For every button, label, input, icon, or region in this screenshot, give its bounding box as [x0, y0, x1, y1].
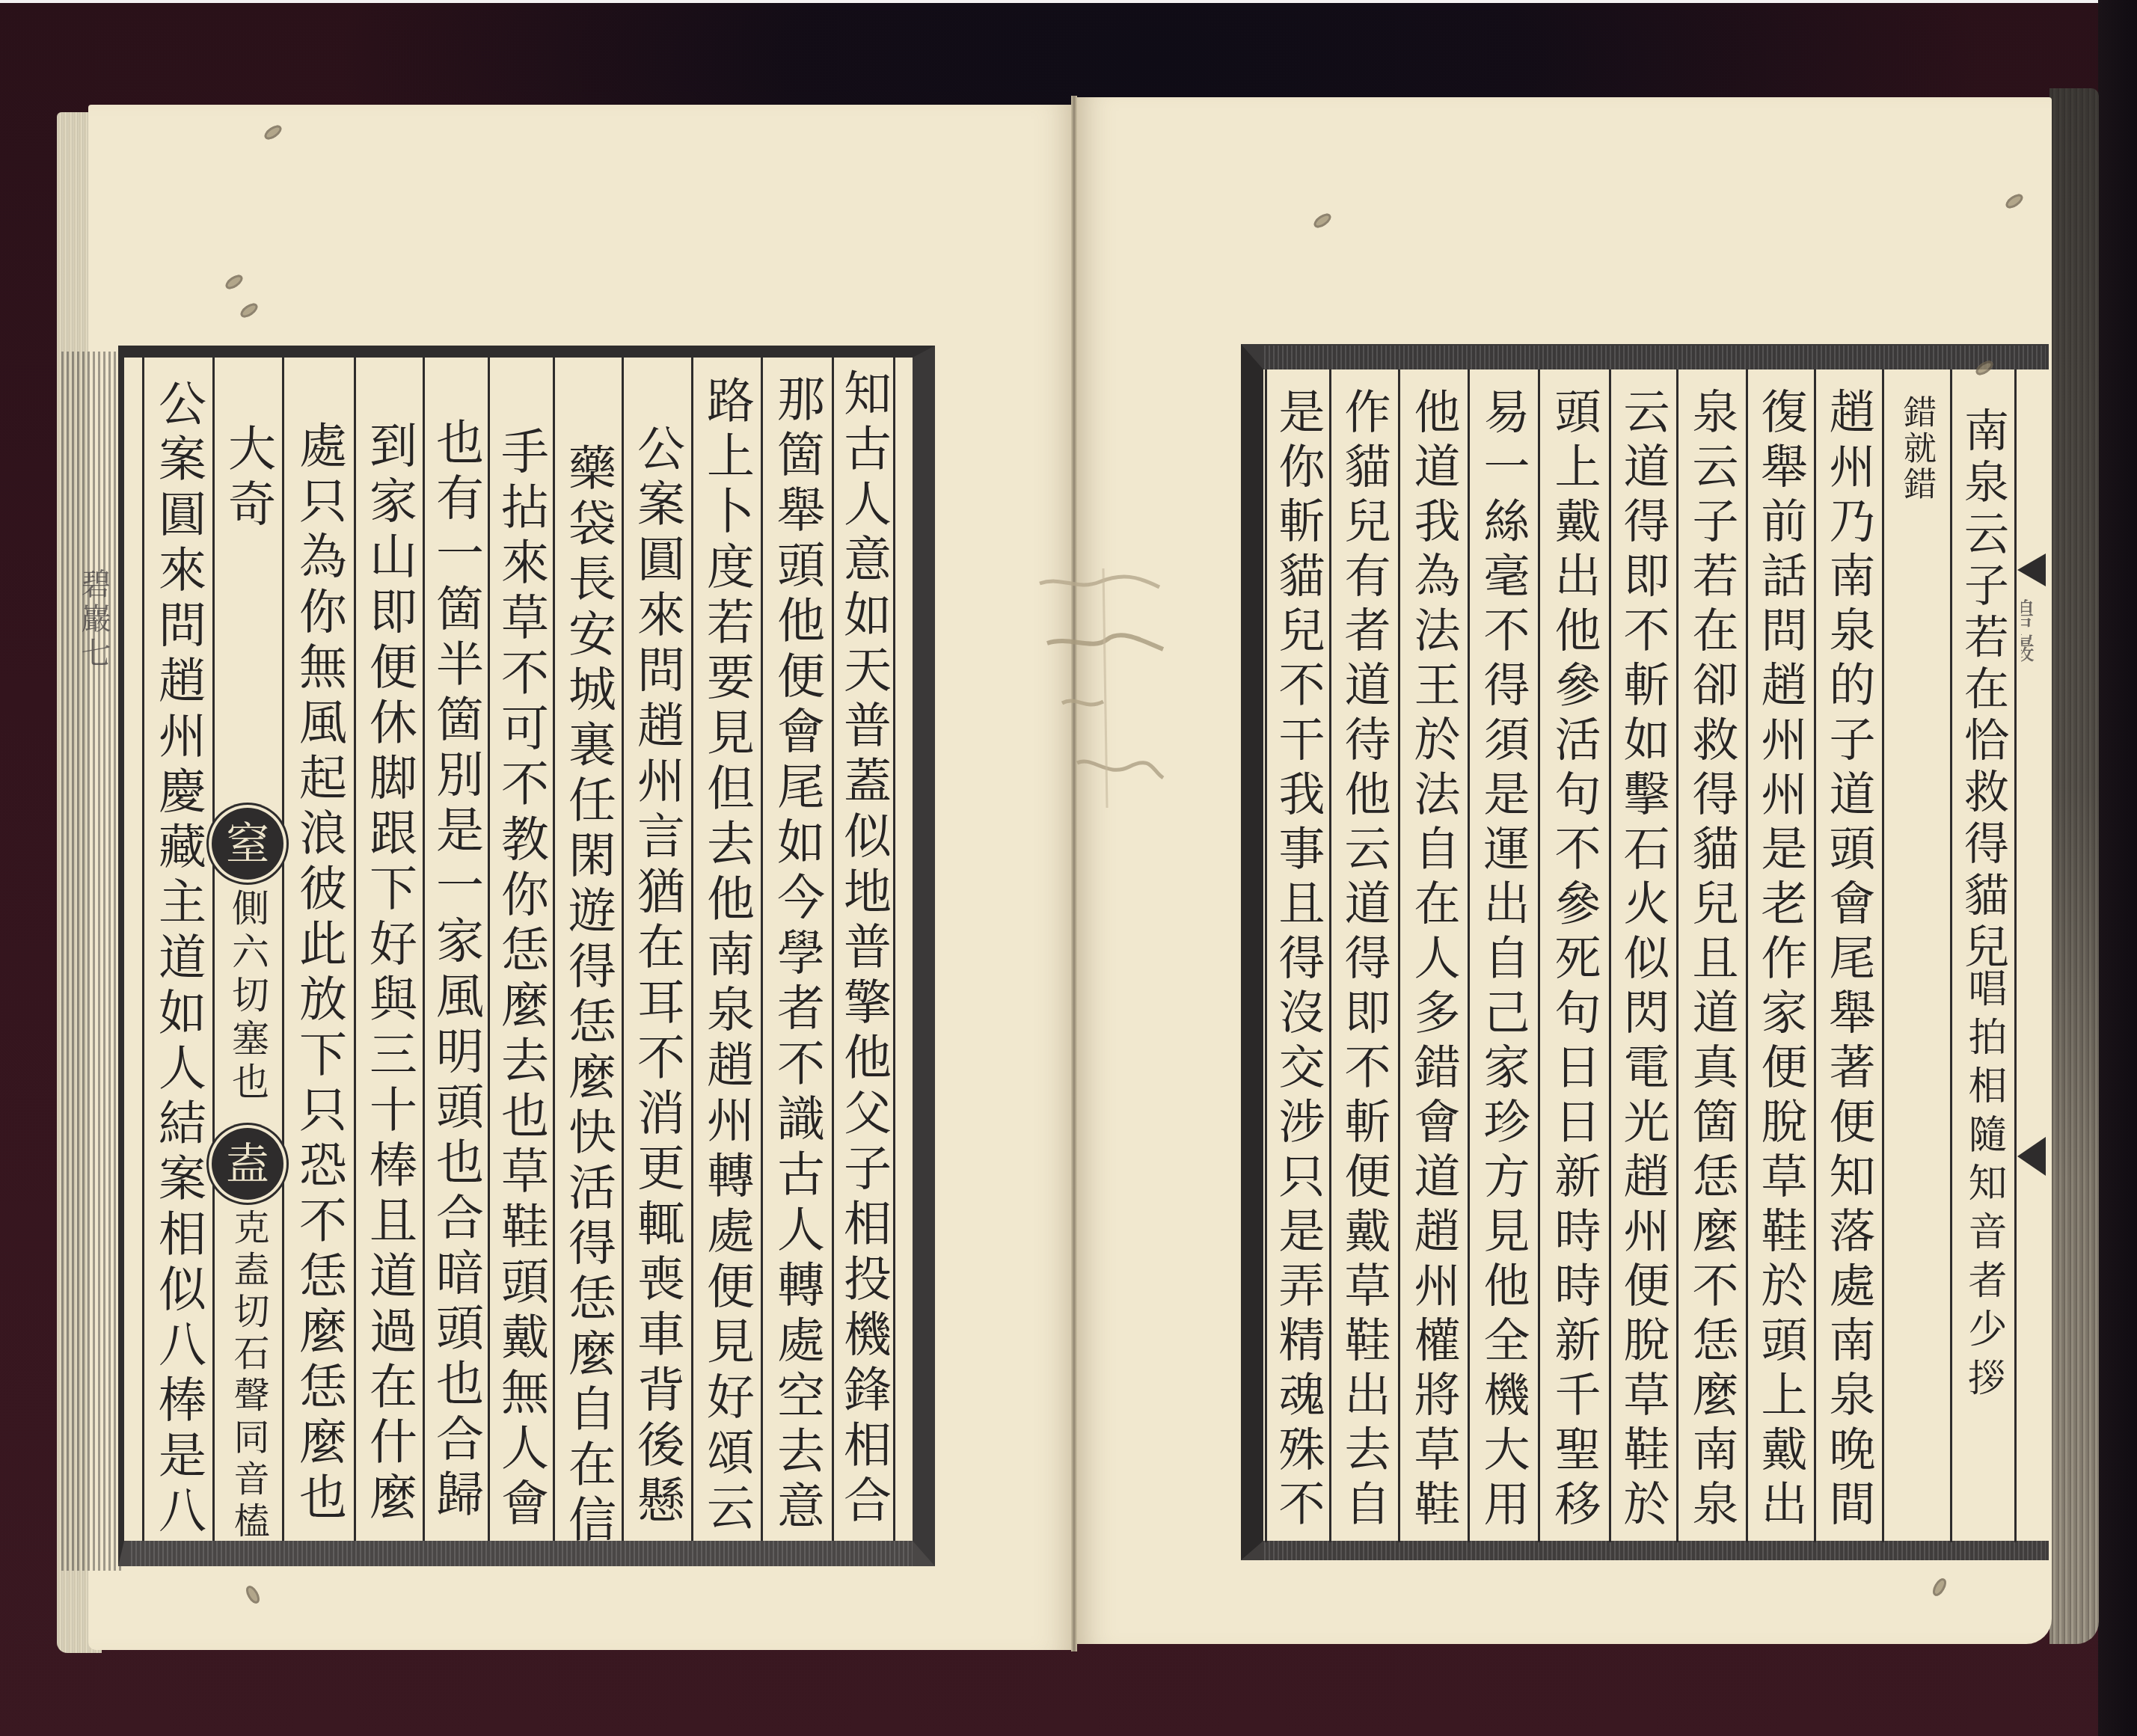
- text-column: 公案圓來問趙州慶藏主道如人結案相似八棒是八: [144, 378, 212, 1541]
- annotation-marker-badge: 窒: [212, 808, 283, 880]
- right-frame-top-texture: [1264, 346, 2046, 369]
- text-column: 作貓兒有者道待他云道得即不斬便戴草鞋出去自: [1331, 387, 1396, 1534]
- text-column: 是你斬貓兒不干我事且得沒交涉只是弄精魂殊不: [1267, 387, 1328, 1534]
- right-page-stack-edge: [2049, 88, 2099, 1644]
- left-page-margin-label: 碧巖七: [81, 568, 115, 696]
- left-frame-bottom-texture: [131, 1541, 913, 1566]
- fishtail-mark-icon: [2017, 1137, 2046, 1176]
- column-rule: [1882, 369, 1884, 1542]
- annotation-gloss: 克盍切石聲同音榼: [227, 1209, 270, 1544]
- text-column: 南泉云子若在恰救得貓兒: [1952, 407, 2014, 975]
- text-column: 知古人意如天普蓋似地普擎他父子相投機鋒相合: [833, 368, 893, 1530]
- text-column: 趙州乃南泉的子道頭會尾舉著便知落處南泉晚間: [1816, 387, 1880, 1534]
- column-rule: [893, 358, 895, 1541]
- right-frame-bottom-texture: [1264, 1541, 2046, 1560]
- column-rule: [212, 358, 215, 1541]
- commentary-text: 唱拍相隨知音者少: [1955, 968, 2012, 1357]
- text-column: 大奇: [214, 423, 281, 534]
- book-gutter: [1071, 96, 1077, 1651]
- text-column: 復舉前話問趙州州是老作家便脫草鞋於頭上戴出: [1748, 387, 1812, 1534]
- text-column: 那箇舉頭他便會尾如今學者不識古人轉處空去意: [762, 374, 831, 1536]
- text-column: 藥袋長安城裏任閑遊得恁麼快活得恁麼自在信: [554, 443, 621, 1550]
- column-rule: [2014, 369, 2017, 1542]
- fishtail-mark-icon: [2017, 553, 2046, 586]
- right-page-margin-label: 碧巖: [2021, 598, 2039, 748]
- text-column: 路上卜度若要見但去他南泉趙州轉處便見好頌云: [693, 375, 760, 1538]
- annotation-gloss: 側六切塞也: [224, 889, 271, 1105]
- left-stack-ink-edges: [61, 352, 121, 1571]
- text-column: 手拈來草不可不教你恁麼去也草鞋頭戴無人會: [489, 426, 552, 1533]
- background-right-edge: [2098, 0, 2137, 1736]
- commentary-tail: 拶: [1955, 1358, 2012, 1396]
- text-column: 也有一箇半箇別是一家風明頭也合暗頭也合歸: [424, 417, 487, 1524]
- text-column: 頭上戴出他參活句不參死句日日新時時新千聖移: [1540, 387, 1607, 1534]
- text-column: 到家山即便休脚跟下好與三十棒且道過在什麼: [355, 420, 422, 1527]
- top-edge-strip: [0, 0, 2137, 3]
- text-column: 公案圓來問趙州言猶在耳不消更輒喪車背後懸: [623, 423, 690, 1530]
- annotation-marker-badge: 盍: [212, 1128, 283, 1200]
- text-column: 易一絲毫不得須是運出自己家珍方見他全機大用: [1470, 387, 1536, 1534]
- text-column: 處只為你無風起浪彼此放下只恐不恁麼恁麼也: [283, 420, 353, 1527]
- commentary-text: 錯就錯: [1885, 395, 1948, 503]
- text-column: 云道得即不斬如擊石火似閃電光趙州便脫草鞋於: [1611, 387, 1675, 1534]
- text-column: 他道我為法王於法自在人多錯會道趙州權將草鞋: [1400, 387, 1466, 1534]
- binding-thread-marks: [1032, 553, 1167, 823]
- text-column: 泉云子若在卻救得貓兒且道真箇恁麼不恁麼南泉: [1678, 387, 1744, 1534]
